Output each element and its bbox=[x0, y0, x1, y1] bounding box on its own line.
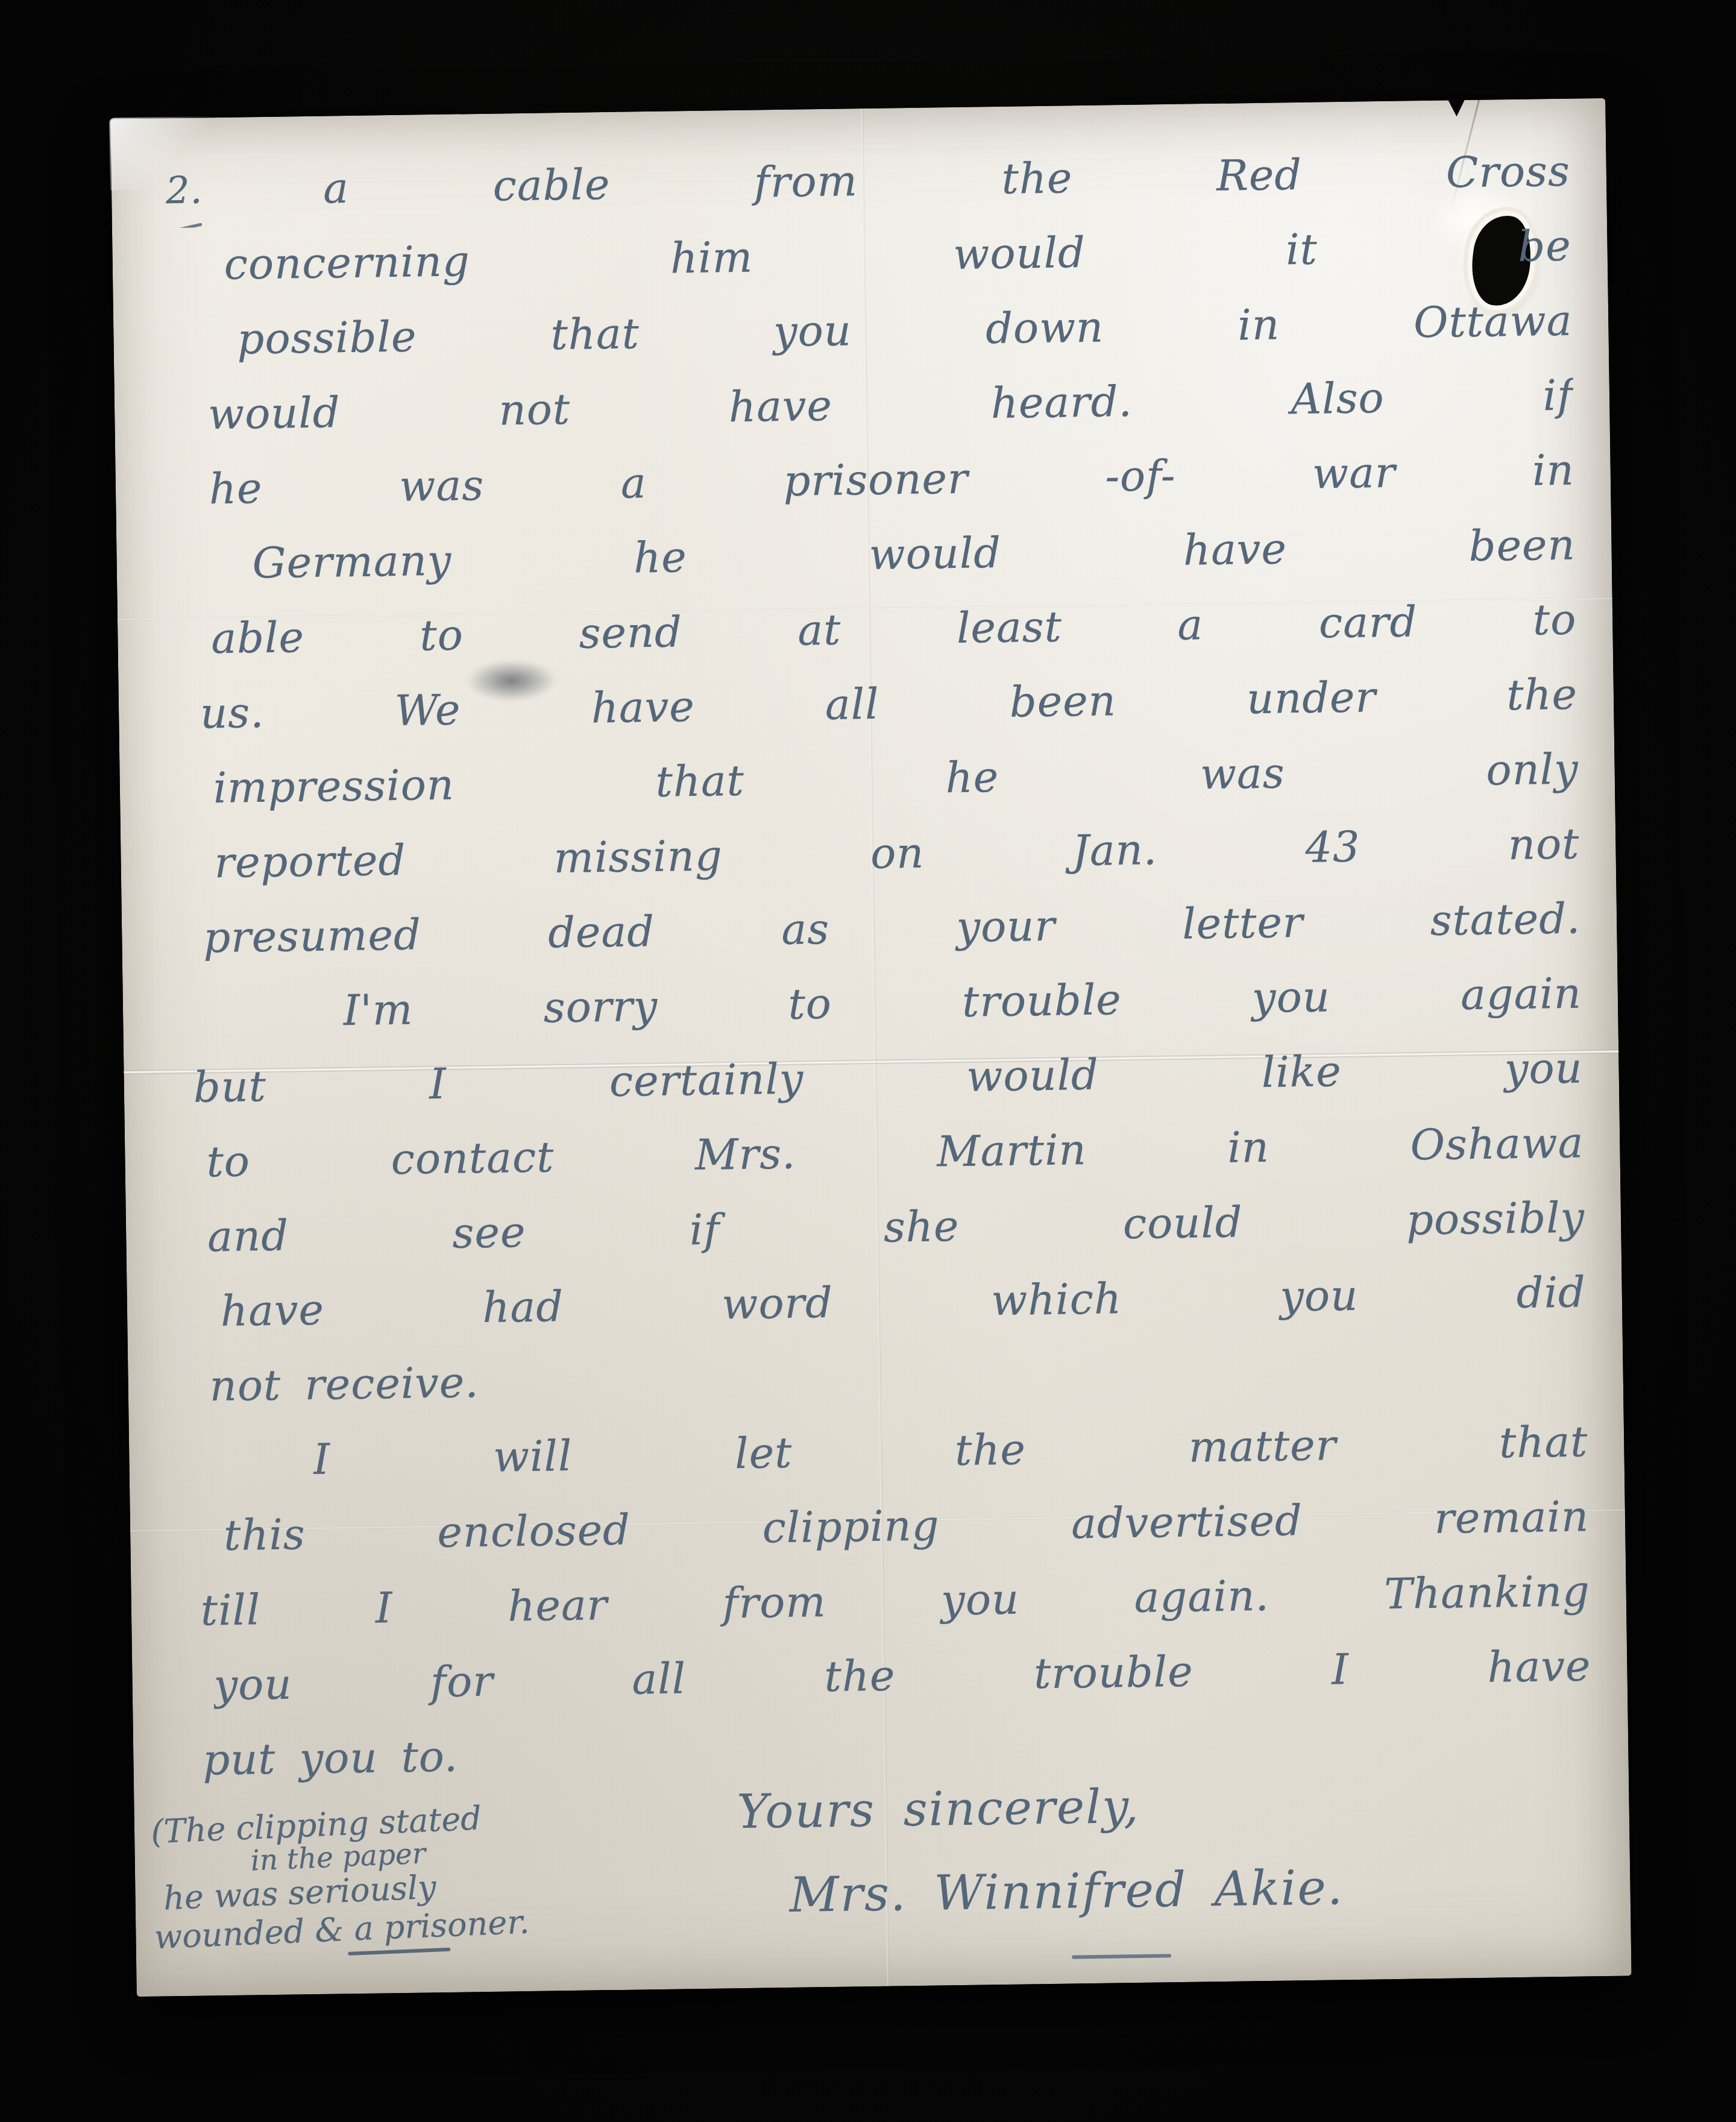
letter-page: 2. a cable from the Red Cross concerning… bbox=[110, 98, 1631, 1997]
tear-notch bbox=[1447, 98, 1465, 116]
photo-background: 2. a cable from the Red Cross concerning… bbox=[0, 0, 1736, 2122]
side-note: (The clipping stated in the paper he was… bbox=[149, 1792, 697, 1963]
signature: Mrs. Winnifred Akie. bbox=[789, 1859, 1344, 1923]
valediction: Yours sincerely, bbox=[737, 1780, 1140, 1839]
letter-body: 2. a cable from the Red Cross concerning… bbox=[165, 134, 1593, 1798]
page-number: 2. bbox=[165, 153, 203, 228]
signature-underline bbox=[1072, 1954, 1171, 1959]
